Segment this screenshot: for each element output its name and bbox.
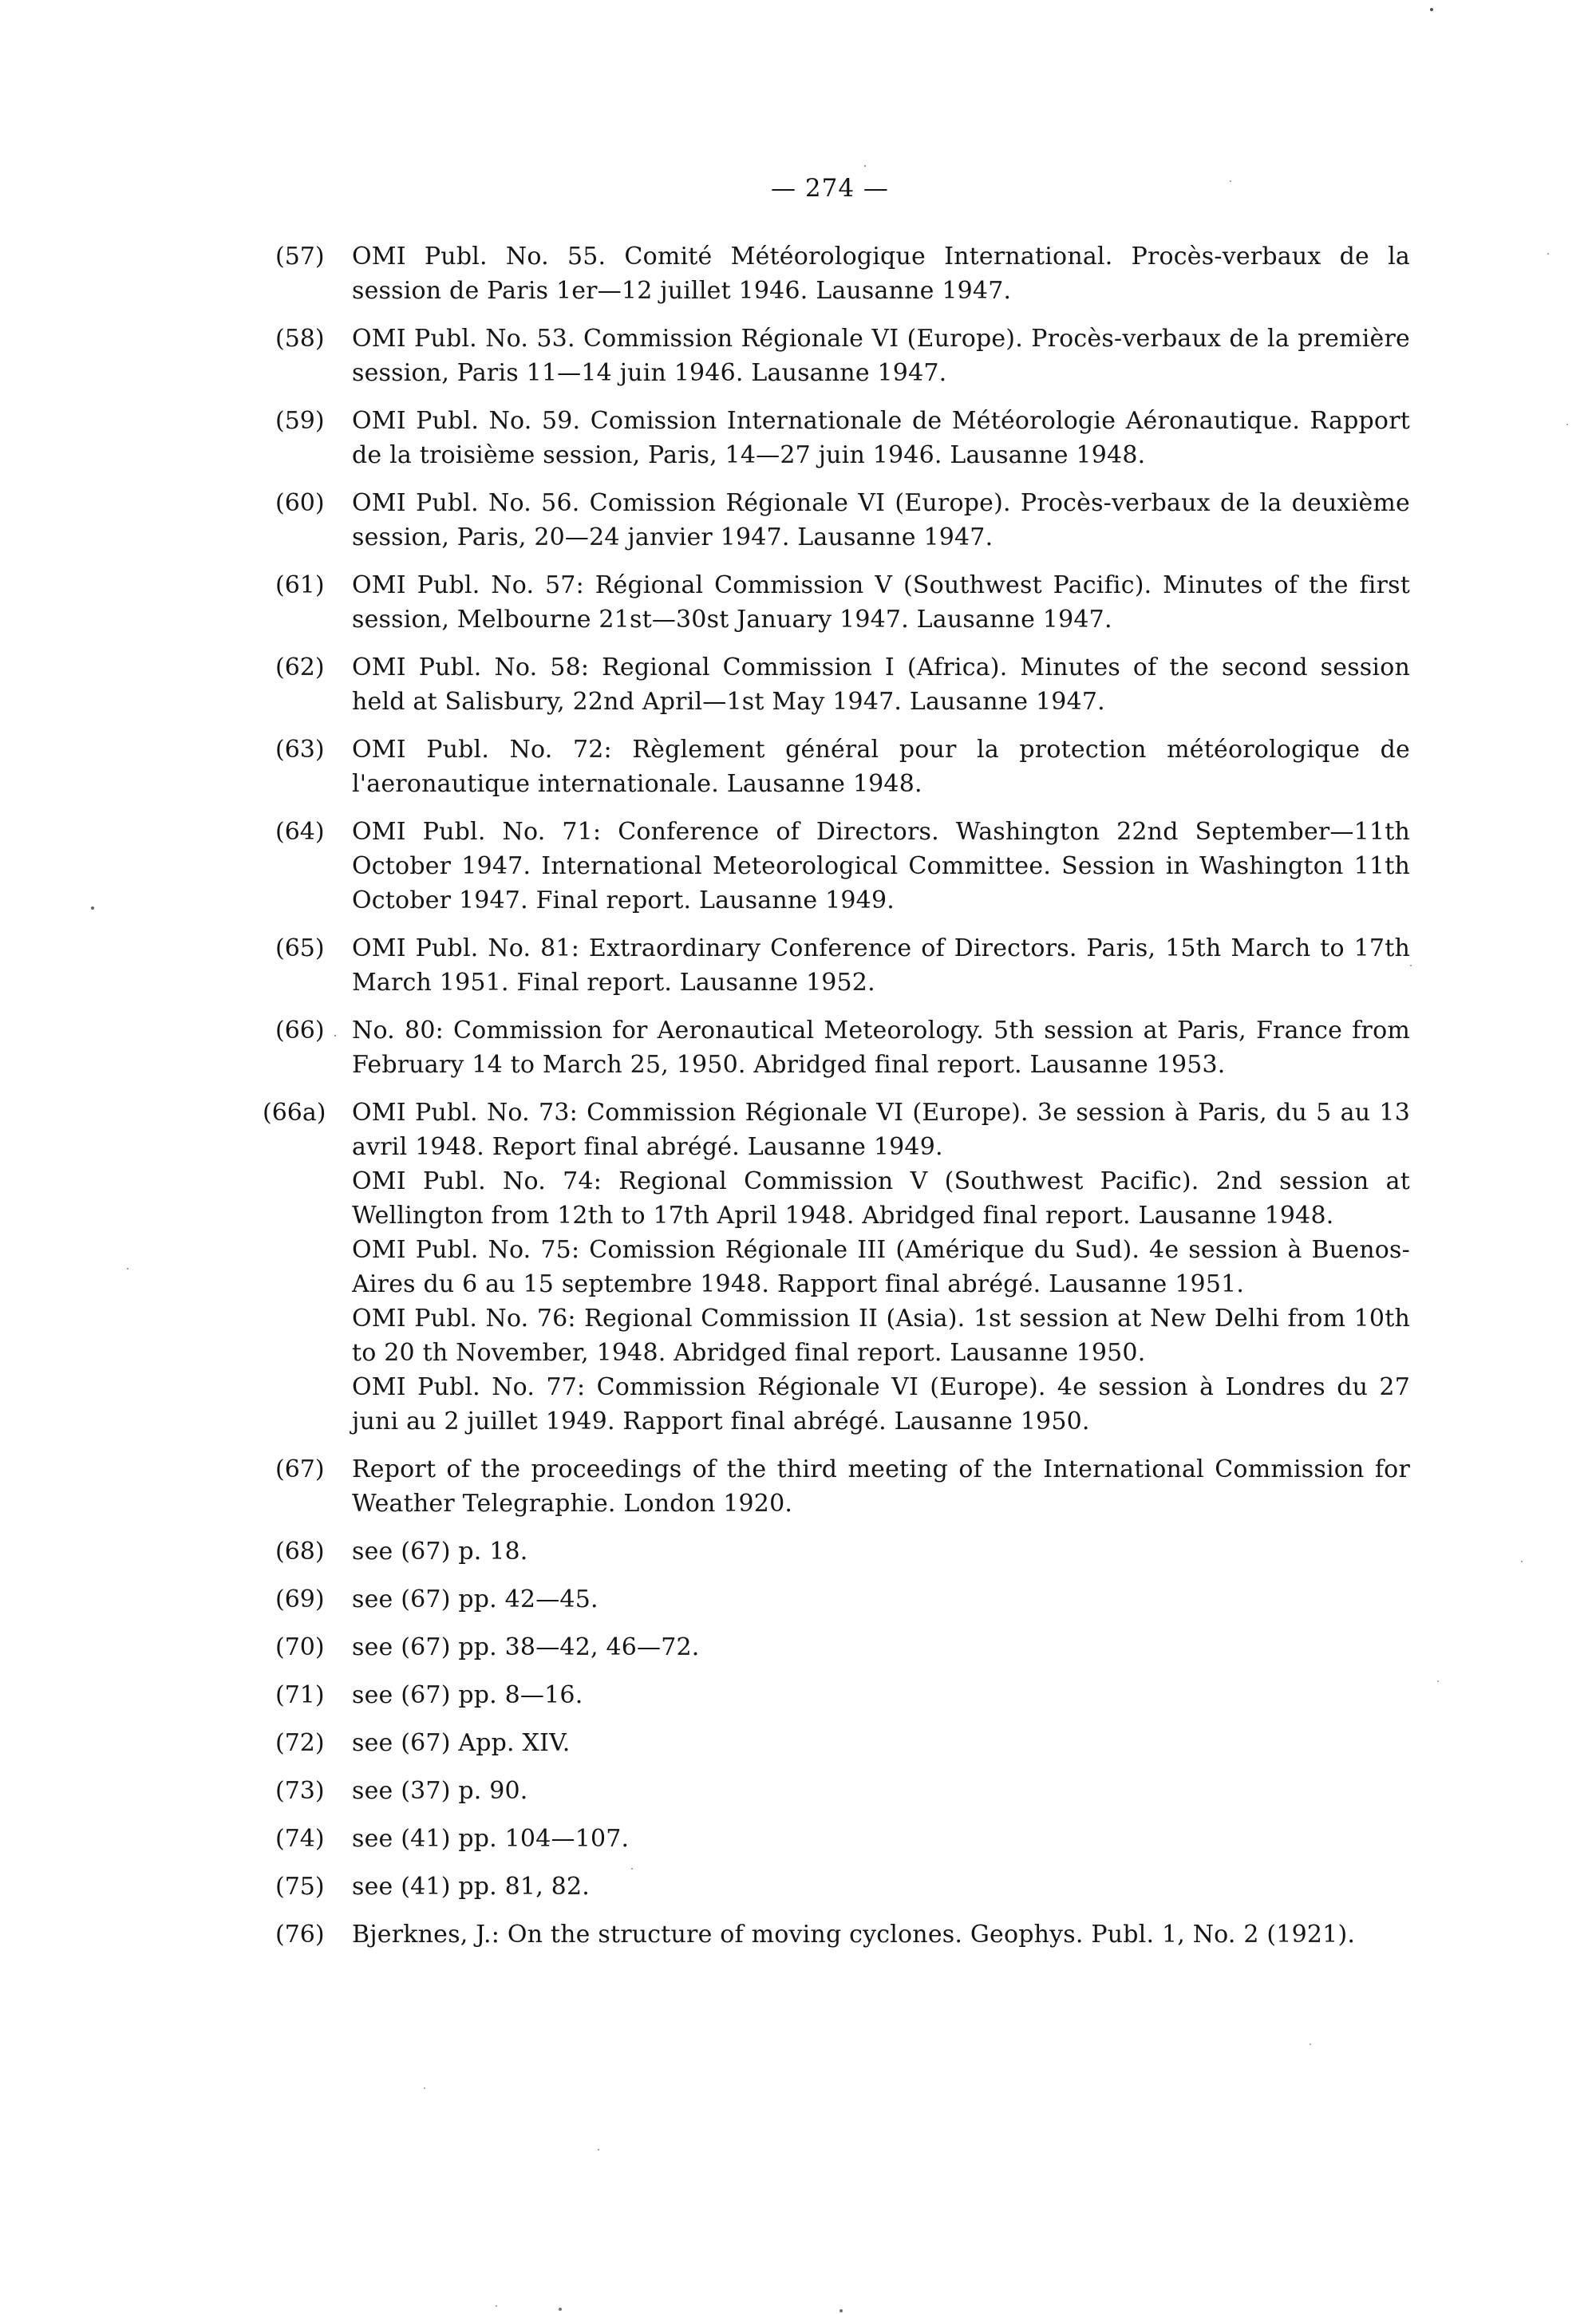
reference-text: see (67) p. 18. xyxy=(352,1534,1410,1569)
reference-paragraph: see (67) p. 18. xyxy=(352,1534,1410,1569)
reference-paragraph: OMI Publ. No. 53. Commission Régionale V… xyxy=(352,322,1410,390)
reference-number: (69) xyxy=(275,1582,352,1617)
reference-entry: (59) OMI Publ. No. 59. Comission Interna… xyxy=(275,404,1410,472)
reference-entry: (69) see (67) pp. 42—45. xyxy=(275,1582,1410,1617)
reference-number: (63) xyxy=(275,733,352,767)
scan-noise xyxy=(0,0,3,3)
reference-text: OMI Publ. No. 55. Comité Météorologique … xyxy=(352,239,1410,308)
reference-entry: (68) see (67) p. 18. xyxy=(275,1534,1410,1569)
reference-entry: (76) Bjerknes, J.: On the structure of m… xyxy=(275,1917,1410,1952)
reference-paragraph: OMI Publ. No. 72: Règlement général pour… xyxy=(352,733,1410,801)
reference-text: see (67) pp. 8—16. xyxy=(352,1678,1410,1712)
reference-paragraph: see (67) pp. 8—16. xyxy=(352,1678,1410,1712)
reference-entry: (61) OMI Publ. No. 57: Régional Commissi… xyxy=(275,568,1410,637)
reference-text: OMI Publ. No. 73: Commission Régionale V… xyxy=(352,1096,1410,1439)
reference-text: OMI Publ. No. 72: Règlement général pour… xyxy=(352,733,1410,801)
reference-text: OMI Publ. No. 81: Extraordinary Conferen… xyxy=(352,931,1410,1000)
reference-entry: (66a) OMI Publ. No. 73: Commission Régio… xyxy=(275,1096,1410,1439)
reference-paragraph: OMI Publ. No. 74: Regional Commission V … xyxy=(352,1164,1410,1233)
reference-entry: (57) OMI Publ. No. 55. Comité Météorolog… xyxy=(275,239,1410,308)
reference-paragraph: OMI Publ. No. 76: Regional Commission II… xyxy=(352,1301,1410,1370)
reference-text: see (41) pp. 81, 82. xyxy=(352,1870,1410,1904)
reference-number: (59) xyxy=(275,404,352,438)
reference-entry: (58) OMI Publ. No. 53. Commission Région… xyxy=(275,322,1410,390)
reference-number: (66a) xyxy=(263,1096,352,1130)
reference-number: (74) xyxy=(275,1822,352,1856)
reference-entry: (64) OMI Publ. No. 71: Conference of Dir… xyxy=(275,815,1410,918)
reference-paragraph: Bjerknes, J.: On the structure of moving… xyxy=(352,1917,1410,1952)
reference-paragraph: see (67) App. XIV. xyxy=(352,1726,1410,1760)
reference-text: OMI Publ. No. 56. Comission Régionale VI… xyxy=(352,486,1410,555)
reference-entry: (70) see (67) pp. 38—42, 46—72. xyxy=(275,1630,1410,1664)
reference-number: (68) xyxy=(275,1534,352,1569)
reference-paragraph: see (67) pp. 42—45. xyxy=(352,1582,1410,1617)
reference-text: OMI Publ. No. 59. Comission Internationa… xyxy=(352,404,1410,472)
reference-number: (76) xyxy=(275,1917,352,1952)
reference-number: (71) xyxy=(275,1678,352,1712)
reference-paragraph: Report of the proceedings of the third m… xyxy=(352,1452,1410,1521)
reference-paragraph: OMI Publ. No. 59. Comission Internationa… xyxy=(352,404,1410,472)
reference-number: (65) xyxy=(275,931,352,965)
reference-paragraph: No. 80: Commission for Aeronautical Mete… xyxy=(352,1013,1410,1082)
reference-paragraph: OMI Publ. No. 71: Conference of Director… xyxy=(352,815,1410,918)
reference-number: (64) xyxy=(275,815,352,849)
reference-entry: (65) OMI Publ. No. 81: Extraordinary Con… xyxy=(275,931,1410,1000)
reference-paragraph: see (67) pp. 38—42, 46—72. xyxy=(352,1630,1410,1664)
reference-paragraph: OMI Publ. No. 77: Commission Régionale V… xyxy=(352,1370,1410,1439)
reference-paragraph: OMI Publ. No. 73: Commission Régionale V… xyxy=(352,1096,1410,1164)
reference-text: see (67) App. XIV. xyxy=(352,1726,1410,1760)
page-number: — 274 — xyxy=(527,174,1133,203)
reference-entry: (71) see (67) pp. 8—16. xyxy=(275,1678,1410,1712)
reference-paragraph: see (37) p. 90. xyxy=(352,1774,1410,1808)
reference-number: (67) xyxy=(275,1452,352,1487)
reference-paragraph: see (41) pp. 104—107. xyxy=(352,1822,1410,1856)
reference-number: (66) xyxy=(275,1013,352,1048)
reference-text: see (37) p. 90. xyxy=(352,1774,1410,1808)
reference-entry: (63) OMI Publ. No. 72: Règlement général… xyxy=(275,733,1410,801)
reference-text: OMI Publ. No. 57: Régional Commission V … xyxy=(352,568,1410,637)
reference-text: OMI Publ. No. 71: Conference of Director… xyxy=(352,815,1410,918)
reference-text: see (67) pp. 42—45. xyxy=(352,1582,1410,1617)
reference-entry: (75) see (41) pp. 81, 82. xyxy=(275,1870,1410,1904)
reference-paragraph: OMI Publ. No. 58: Regional Commission I … xyxy=(352,650,1410,719)
reference-number: (60) xyxy=(275,486,352,520)
reference-text: OMI Publ. No. 53. Commission Régionale V… xyxy=(352,322,1410,390)
reference-number: (61) xyxy=(275,568,352,602)
reference-text: Bjerknes, J.: On the structure of moving… xyxy=(352,1917,1410,1952)
reference-paragraph: see (41) pp. 81, 82. xyxy=(352,1870,1410,1904)
reference-number: (57) xyxy=(275,239,352,274)
reference-number: (73) xyxy=(275,1774,352,1808)
scanned-document-page: — 274 — (57) OMI Publ. No. 55. Comité Mé… xyxy=(0,0,1596,2314)
reference-paragraph: OMI Publ. No. 75: Comission Régionale II… xyxy=(352,1233,1410,1301)
reference-text: see (67) pp. 38—42, 46—72. xyxy=(352,1630,1410,1664)
reference-number: (72) xyxy=(275,1726,352,1760)
reference-text: Report of the proceedings of the third m… xyxy=(352,1452,1410,1521)
reference-paragraph: OMI Publ. No. 57: Régional Commission V … xyxy=(352,568,1410,637)
reference-entry: (60) OMI Publ. No. 56. Comission Régiona… xyxy=(275,486,1410,555)
reference-entry: (66) No. 80: Commission for Aeronautical… xyxy=(275,1013,1410,1082)
reference-list: (57) OMI Publ. No. 55. Comité Météorolog… xyxy=(275,239,1410,1965)
reference-entry: (67) Report of the proceedings of the th… xyxy=(275,1452,1410,1521)
reference-number: (58) xyxy=(275,322,352,356)
reference-number: (75) xyxy=(275,1870,352,1904)
reference-entry: (72) see (67) App. XIV. xyxy=(275,1726,1410,1760)
reference-entry: (62) OMI Publ. No. 58: Regional Commissi… xyxy=(275,650,1410,719)
reference-number: (70) xyxy=(275,1630,352,1664)
reference-text: see (41) pp. 104—107. xyxy=(352,1822,1410,1856)
reference-paragraph: OMI Publ. No. 55. Comité Météorologique … xyxy=(352,239,1410,308)
reference-number: (62) xyxy=(275,650,352,685)
reference-entry: (74) see (41) pp. 104—107. xyxy=(275,1822,1410,1856)
reference-text: OMI Publ. No. 58: Regional Commission I … xyxy=(352,650,1410,719)
reference-paragraph: OMI Publ. No. 56. Comission Régionale VI… xyxy=(352,486,1410,555)
reference-paragraph: OMI Publ. No. 81: Extraordinary Conferen… xyxy=(352,931,1410,1000)
reference-entry: (73) see (37) p. 90. xyxy=(275,1774,1410,1808)
reference-text: No. 80: Commission for Aeronautical Mete… xyxy=(352,1013,1410,1082)
